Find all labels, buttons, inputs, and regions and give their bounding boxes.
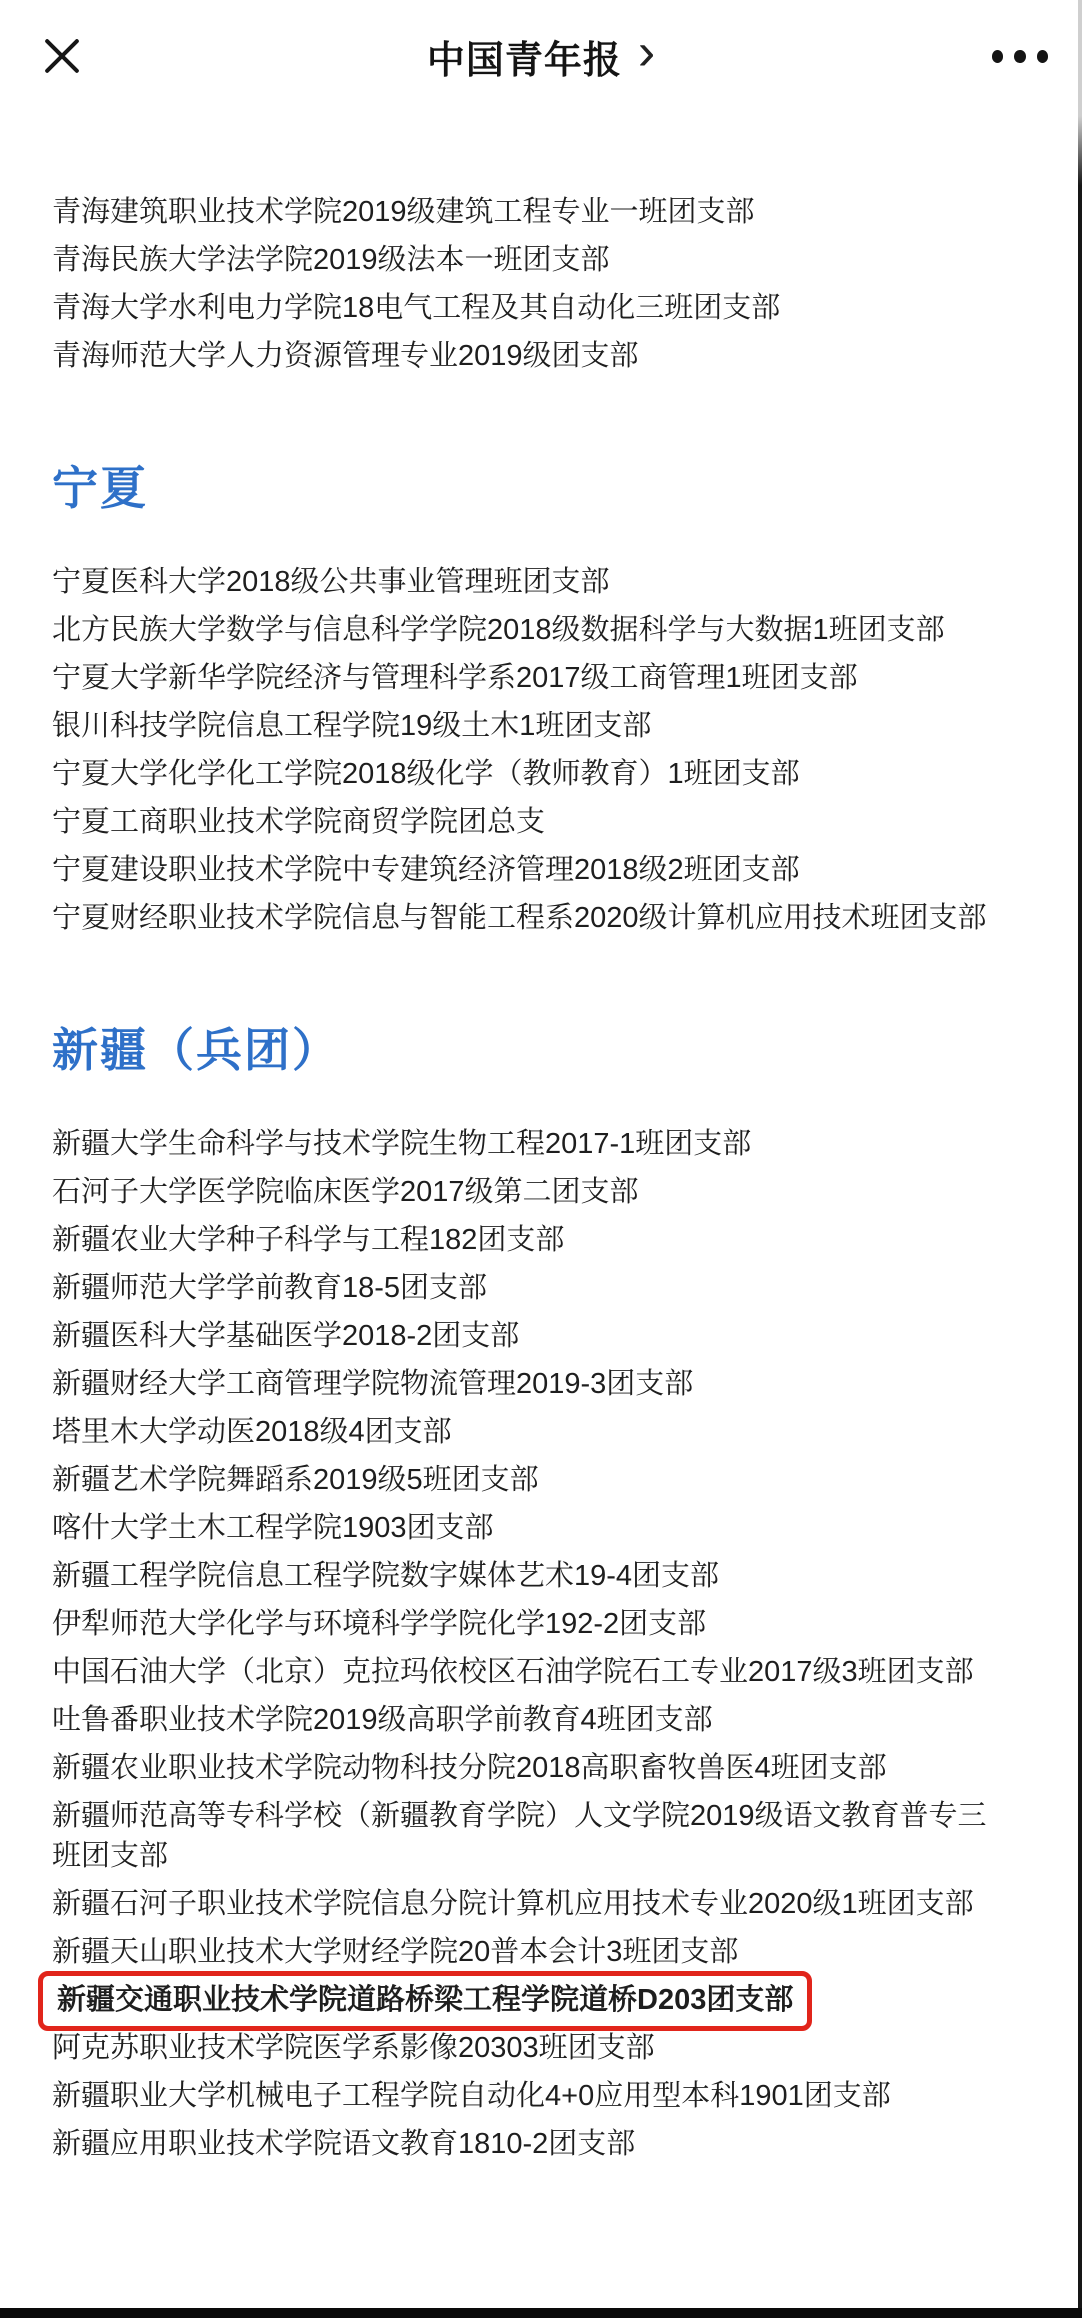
list-item: 新疆石河子职业技术学院信息分院计算机应用技术专业2020级1班团支部 xyxy=(52,1888,974,1920)
list-item: 新疆农业大学种子科学与工程182团支部 xyxy=(52,1224,564,1256)
list-row: 伊犁师范大学化学与环境科学学院化学192-2团支部 xyxy=(52,1604,1014,1644)
region-heading: 宁夏 xyxy=(52,460,1024,516)
list-row: 宁夏建设职业技术学院中专建筑经济管理2018级2班团支部 xyxy=(52,850,1014,890)
list-row: 宁夏大学新华学院经济与管理科学系2017级工商管理1班团支部 xyxy=(52,658,1014,698)
list-item: 阿克苏职业技术学院医学系影像20303班团支部 xyxy=(52,2032,655,2064)
list-row: 新疆大学生命科学与技术学院生物工程2017-1班团支部 xyxy=(52,1124,1014,1164)
list-item: 青海大学水利电力学院18电气工程及其自动化三班团支部 xyxy=(52,292,780,324)
more-icon xyxy=(992,50,1003,63)
list-item: 石河子大学医学院临床医学2017级第二团支部 xyxy=(52,1176,639,1208)
list-row: 喀什大学土木工程学院1903团支部 xyxy=(52,1508,1014,1548)
list-item: 宁夏大学新华学院经济与管理科学系2017级工商管理1班团支部 xyxy=(52,662,858,694)
list-row: 石河子大学医学院临床医学2017级第二团支部 xyxy=(52,1172,1014,1212)
list-item: 青海师范大学人力资源管理专业2019级团支部 xyxy=(52,340,639,372)
list-row: 宁夏大学化学化工学院2018级化学（教师教育）1班团支部 xyxy=(52,754,1014,794)
titlebar: 中国青年报 › xyxy=(0,0,1082,112)
list-row: 中国石油大学（北京）克拉玛依校区石油学院石工专业2017级3班团支部 xyxy=(52,1652,1014,1692)
list-item-highlighted: 新疆交通职业技术学院道路桥梁工程学院道桥D203团支部 xyxy=(38,1971,812,2031)
list-row: 银川科技学院信息工程学院19级土木1班团支部 xyxy=(52,706,1014,746)
wechat-article-screen: 中国青年报 › 青海建筑职业技术学院2019级建筑工程专业一班团支部青海民族大学… xyxy=(0,0,1082,2318)
list-item: 宁夏大学化学化工学院2018级化学（教师教育）1班团支部 xyxy=(52,758,800,790)
list-row: 宁夏财经职业技术学院信息与智能工程系2020级计算机应用技术班团支部 xyxy=(52,898,1014,938)
chevron-right-icon: › xyxy=(638,26,655,78)
publisher-link[interactable]: 中国青年报 › xyxy=(427,0,655,112)
list-item: 喀什大学土木工程学院1903团支部 xyxy=(52,1512,494,1544)
list-item: 新疆职业大学机械电子工程学院自动化4+0应用型本科1901团支部 xyxy=(52,2080,891,2112)
list-row: 新疆财经大学工商管理学院物流管理2019-3团支部 xyxy=(52,1364,1014,1404)
close-button[interactable] xyxy=(34,28,90,84)
list-item: 青海民族大学法学院2019级法本一班团支部 xyxy=(52,244,610,276)
list-row: 青海民族大学法学院2019级法本一班团支部 xyxy=(52,240,1014,280)
list-item: 新疆工程学院信息工程学院数字媒体艺术19-4团支部 xyxy=(52,1560,719,1592)
list-row: 青海大学水利电力学院18电气工程及其自动化三班团支部 xyxy=(52,288,1014,328)
list-row: 青海师范大学人力资源管理专业2019级团支部 xyxy=(52,336,1014,376)
region-heading: 新疆（兵团） xyxy=(52,1022,1024,1078)
list-item: 宁夏财经职业技术学院信息与智能工程系2020级计算机应用技术班团支部 xyxy=(52,902,987,934)
list-row: 新疆艺术学院舞蹈系2019级5班团支部 xyxy=(52,1460,1014,1500)
page-title: 中国青年报 xyxy=(427,29,622,84)
list-row: 宁夏工商职业技术学院商贸学院团总支 xyxy=(52,802,1014,842)
region-section: 新疆（兵团）新疆大学生命科学与技术学院生物工程2017-1班团支部石河子大学医学… xyxy=(52,1022,1024,2164)
more-button[interactable] xyxy=(992,28,1048,84)
list-row: 新疆师范大学学前教育18-5团支部 xyxy=(52,1268,1014,1308)
list-item: 吐鲁番职业技术学院2019级高职学前教育4班团支部 xyxy=(52,1704,713,1736)
list-row: 新疆农业大学种子科学与工程182团支部 xyxy=(52,1220,1014,1260)
list-item: 青海建筑职业技术学院2019级建筑工程专业一班团支部 xyxy=(52,196,755,228)
list-item: 宁夏工商职业技术学院商贸学院团总支 xyxy=(52,806,545,838)
list-item: 伊犁师范大学化学与环境科学学院化学192-2团支部 xyxy=(52,1608,706,1640)
region-section: 青海建筑职业技术学院2019级建筑工程专业一班团支部青海民族大学法学院2019级… xyxy=(52,192,1024,376)
list-item: 新疆师范大学学前教育18-5团支部 xyxy=(52,1272,487,1304)
list-row: 新疆应用职业技术学院语文教育1810-2团支部 xyxy=(52,2124,1014,2164)
list-row: 阿克苏职业技术学院医学系影像20303班团支部 xyxy=(52,2028,1014,2068)
list-row: 宁夏医科大学2018级公共事业管理班团支部 xyxy=(52,562,1014,602)
list-item: 新疆天山职业技术大学财经学院20普本会计3班团支部 xyxy=(52,1936,738,1968)
right-edge-line xyxy=(1078,0,1082,2318)
list-item: 新疆医科大学基础医学2018-2团支部 xyxy=(52,1320,519,1352)
list-item: 新疆大学生命科学与技术学院生物工程2017-1班团支部 xyxy=(52,1128,751,1160)
list-row: 新疆交通职业技术学院道路桥梁工程学院道桥D203团支部 xyxy=(52,1980,1014,2020)
list-item: 银川科技学院信息工程学院19级土木1班团支部 xyxy=(52,710,651,742)
list-row: 新疆石河子职业技术学院信息分院计算机应用技术专业2020级1班团支部 xyxy=(52,1884,1014,1924)
list-item: 新疆师范高等专科学校（新疆教育学院）人文学院2019级语文教育普专三班团支部 xyxy=(52,1800,987,1872)
list-item: 新疆应用职业技术学院语文教育1810-2团支部 xyxy=(52,2128,635,2160)
list-item: 中国石油大学（北京）克拉玛依校区石油学院石工专业2017级3班团支部 xyxy=(52,1656,974,1688)
list-row: 塔里木大学动医2018级4团支部 xyxy=(52,1412,1014,1452)
list-row: 吐鲁番职业技术学院2019级高职学前教育4班团支部 xyxy=(52,1700,1014,1740)
list-row: 新疆师范高等专科学校（新疆教育学院）人文学院2019级语文教育普专三班团支部 xyxy=(52,1796,1014,1876)
list-row: 北方民族大学数学与信息科学学院2018级数据科学与大数据1班团支部 xyxy=(52,610,1014,650)
list-row: 青海建筑职业技术学院2019级建筑工程专业一班团支部 xyxy=(52,192,1014,232)
region-section: 宁夏宁夏医科大学2018级公共事业管理班团支部北方民族大学数学与信息科学学院20… xyxy=(52,460,1024,938)
list-item: 新疆艺术学院舞蹈系2019级5班团支部 xyxy=(52,1464,539,1496)
list-item: 新疆财经大学工商管理学院物流管理2019-3团支部 xyxy=(52,1368,693,1400)
list-item: 新疆农业职业技术学院动物科技分院2018高职畜牧兽医4班团支部 xyxy=(52,1752,887,1784)
list-item: 宁夏建设职业技术学院中专建筑经济管理2018级2班团支部 xyxy=(52,854,800,886)
list-row: 新疆工程学院信息工程学院数字媒体艺术19-4团支部 xyxy=(52,1556,1014,1596)
list-item: 宁夏医科大学2018级公共事业管理班团支部 xyxy=(52,566,610,598)
article-body[interactable]: 青海建筑职业技术学院2019级建筑工程专业一班团支部青海民族大学法学院2019级… xyxy=(0,112,1082,2164)
list-row: 新疆职业大学机械电子工程学院自动化4+0应用型本科1901团支部 xyxy=(52,2076,1014,2116)
list-item: 塔里木大学动医2018级4团支部 xyxy=(52,1416,452,1448)
list-row: 新疆天山职业技术大学财经学院20普本会计3班团支部 xyxy=(52,1932,1014,1972)
list-row: 新疆农业职业技术学院动物科技分院2018高职畜牧兽医4班团支部 xyxy=(52,1748,1014,1788)
list-row: 新疆医科大学基础医学2018-2团支部 xyxy=(52,1316,1014,1356)
bottom-edge-bar xyxy=(0,2308,1082,2318)
list-item: 北方民族大学数学与信息科学学院2018级数据科学与大数据1班团支部 xyxy=(52,614,945,646)
